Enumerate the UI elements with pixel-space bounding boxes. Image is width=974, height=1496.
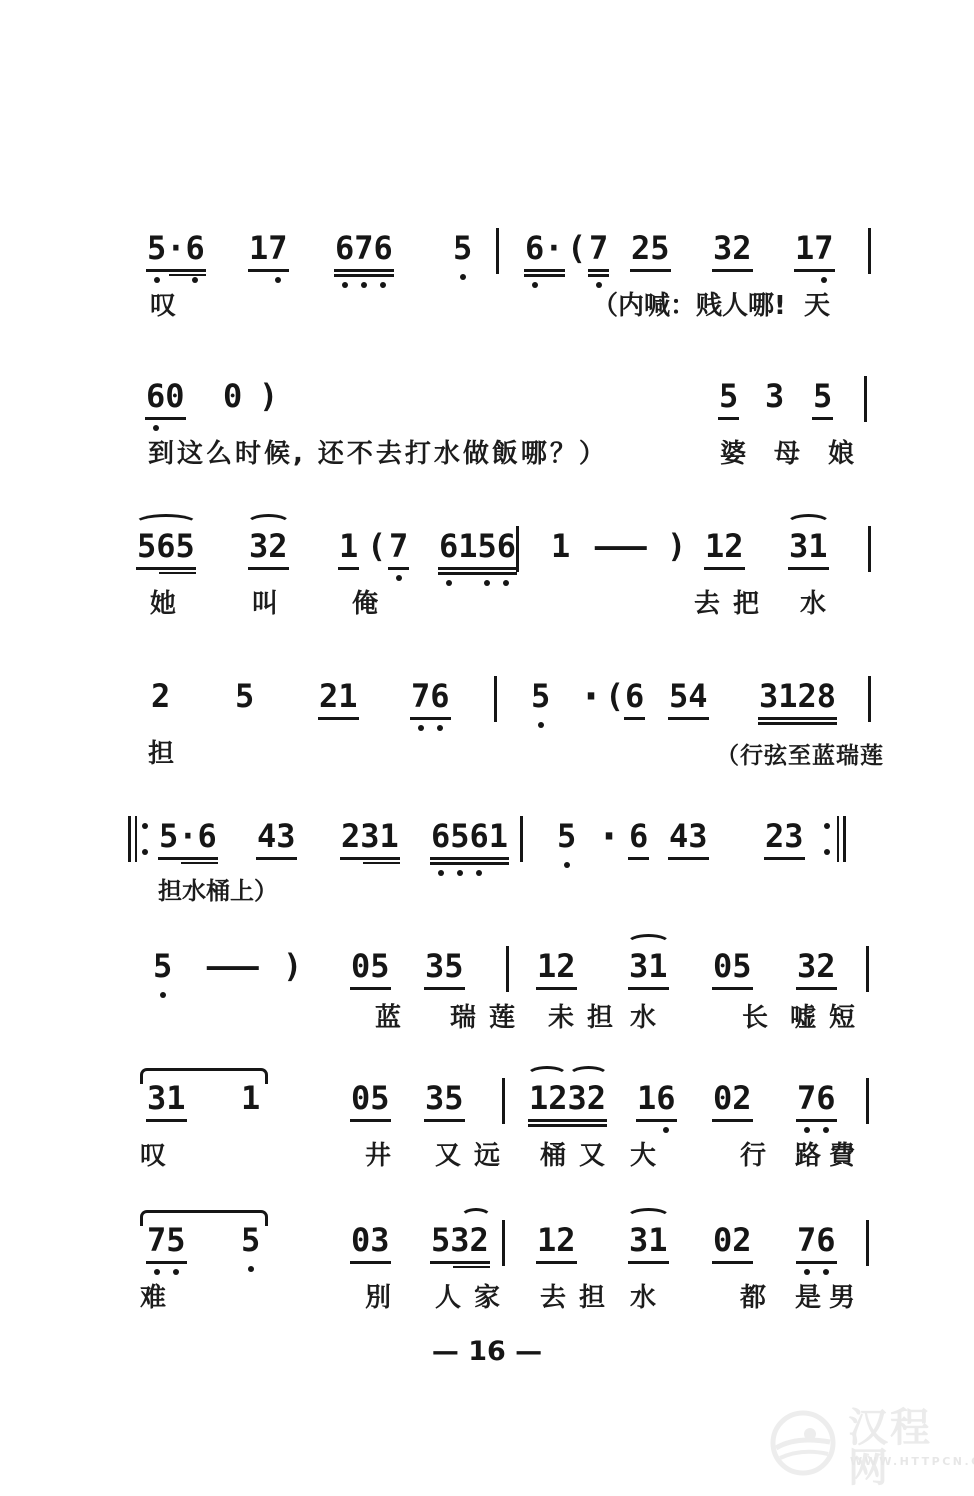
score-page: 5·6 17 676 5 6· ( 7 25 32 <box>0 0 974 1496</box>
octave-dots <box>410 723 451 733</box>
note-text: 21 <box>318 680 359 720</box>
note-text: 1 <box>240 1082 261 1119</box>
note-group: 32 <box>712 232 753 272</box>
note-group: 6561 <box>430 820 509 878</box>
note-text: · <box>596 820 622 857</box>
note-text: 12 <box>704 530 745 570</box>
watermark-logo-icon <box>766 1406 840 1480</box>
note-group: 76 <box>796 1082 837 1135</box>
note-group: 31 <box>146 1082 187 1122</box>
note-text: 1232 <box>528 1082 607 1127</box>
stage-direction: （行弦至蓝瑞莲 <box>716 742 884 771</box>
note-text: 60 <box>145 380 186 420</box>
note-group: 54 <box>668 680 709 720</box>
note-text: 0 <box>222 380 243 417</box>
note-group: 5 <box>556 820 577 870</box>
note-group: 7 <box>588 232 609 290</box>
octave-dots <box>452 272 473 282</box>
lyric: 难 <box>140 1282 166 1315</box>
note-text: 532 <box>430 1224 490 1264</box>
note-group: 3128 <box>758 680 837 725</box>
lyric: 水 <box>630 1282 656 1315</box>
lyric: 俺 <box>352 588 378 621</box>
note-text: 1 <box>338 530 359 570</box>
lyric: 都 <box>740 1282 766 1315</box>
note-text: ( <box>566 232 587 269</box>
lyric: 娘 <box>828 438 854 471</box>
note-text: 02 <box>712 1082 753 1122</box>
lyric: 叹 <box>140 1140 166 1173</box>
note-group: 31 <box>788 530 829 570</box>
note-text: 05 <box>712 950 753 990</box>
lyric: 去担 <box>540 1282 618 1315</box>
note-text: 31 <box>146 1082 187 1122</box>
lyric: 別 <box>365 1282 391 1315</box>
note-text: ) <box>258 380 279 417</box>
music-line-8: 75 5 03 532 12 31 02 76 难 別 <box>0 1224 974 1344</box>
note-group: 17 <box>794 232 835 285</box>
note-group: 16 <box>636 1082 677 1135</box>
note-group: 17 <box>248 232 289 285</box>
note-group: 76 <box>796 1224 837 1277</box>
note-text: 76 <box>410 680 451 720</box>
note-text: 32 <box>796 950 837 990</box>
note-text: ) <box>282 950 303 987</box>
octave-dots <box>146 275 206 285</box>
note-text: 31 <box>628 1224 669 1264</box>
note-text: 31 <box>788 530 829 570</box>
lyric: 嘘短 <box>790 1002 868 1035</box>
lyric: 大 <box>630 1140 656 1173</box>
note-group: 1 <box>240 1082 261 1119</box>
note-text: 16 <box>636 1082 677 1122</box>
octave-dots <box>530 720 551 730</box>
note-text: 35 <box>424 1082 465 1122</box>
extension-dash: — <box>592 530 613 567</box>
note-text: 1 <box>550 530 571 567</box>
note-group: 231 <box>340 820 400 860</box>
tie <box>626 1208 671 1228</box>
watermark-brand: 汉程网 <box>848 1408 966 1488</box>
paren: ( <box>366 530 387 567</box>
note-group: 2 <box>150 680 171 717</box>
note-text: 6· <box>524 232 565 277</box>
note-group: 12 <box>704 530 745 570</box>
note-group: 5 <box>452 232 473 282</box>
barline <box>868 228 871 274</box>
note-group: 5 <box>718 380 739 420</box>
note-text: — <box>204 950 261 987</box>
note-group: 1232 <box>528 1082 607 1127</box>
note-group: 5 <box>812 380 833 420</box>
lyric: 水 <box>800 588 826 621</box>
note-group: 03 <box>350 1224 391 1264</box>
note-text: 54 <box>668 680 709 720</box>
barline <box>866 946 869 992</box>
lyric: 水 <box>630 1002 656 1035</box>
lyric: 母 <box>774 438 800 471</box>
note-text: 05 <box>350 950 391 990</box>
note-text: 76 <box>796 1082 837 1122</box>
lyric: 长 <box>742 1002 768 1035</box>
note-group: 6 <box>628 820 649 860</box>
note-text: 3128 <box>758 680 837 725</box>
note-text: 5 <box>152 950 173 987</box>
note-group: 12 <box>536 1224 577 1264</box>
note-group: 5·6 <box>158 820 218 860</box>
note-text: 32 <box>248 530 289 570</box>
note-group: 31 <box>628 950 669 990</box>
page-number: — 16 — <box>0 1336 974 1367</box>
lyric: 婆 <box>720 438 746 471</box>
lyric: 叫 <box>252 588 278 621</box>
lyric: 她 <box>150 588 176 621</box>
octave-dots <box>388 573 409 583</box>
tie <box>786 514 831 534</box>
lyric: 担 <box>148 738 174 771</box>
note-text: ( <box>604 680 625 717</box>
spoken-line: 到这么时候, 还不去打水做飯哪？） <box>148 438 608 471</box>
note-text: ( <box>366 530 387 567</box>
repeat-begin <box>128 816 150 862</box>
note-group: 76 <box>410 680 451 733</box>
note-group: 35 <box>424 950 465 990</box>
note-group: 32 <box>796 950 837 990</box>
note-group: 02 <box>712 1224 753 1264</box>
watermark-url: WWW.HTTPCN.COM <box>850 1456 974 1467</box>
note-text: 43 <box>668 820 709 860</box>
octave-dots <box>145 423 186 433</box>
note-text: 5 <box>812 380 833 420</box>
repeat-end <box>824 816 846 862</box>
note-group: 35 <box>424 1082 465 1122</box>
barline <box>502 1220 505 1266</box>
octave-dots <box>334 280 394 290</box>
note-group: 21 <box>318 680 359 720</box>
augmentation-dot: · <box>596 820 622 857</box>
note-group: 1 <box>338 530 359 570</box>
barline <box>864 376 867 422</box>
note-group: 25 <box>630 232 671 272</box>
note-text: 3 <box>764 380 785 417</box>
music-line-2: 60 0 ) 5 3 5 到这么时候, 还不去打水做飯哪？） 婆 母 娘 <box>0 380 974 500</box>
music-line-1: 5·6 17 676 5 6· ( 7 25 32 <box>0 232 974 352</box>
note-text: — <box>592 530 649 567</box>
lyric: 去把 <box>694 588 772 621</box>
music-line-7: 31 1 05 35 1232 16 02 76 叹 井 又远 <box>0 1082 974 1202</box>
paren: ) <box>282 950 303 987</box>
note-group: 32 <box>248 530 289 570</box>
note-text: 5 <box>530 680 551 717</box>
note-text: 5 <box>452 232 473 269</box>
note-group: 6156 <box>438 530 517 588</box>
note-group: 05 <box>350 1082 391 1122</box>
note-text: 31 <box>628 950 669 990</box>
music-line-5: 5·6 43 231 6561 5 · 6 43 23 <box>0 820 974 940</box>
tie <box>526 1066 568 1086</box>
note-group: 565 <box>136 530 196 570</box>
note-group: 5 <box>152 950 173 1000</box>
note-group: 43 <box>256 820 297 860</box>
note-group: 05 <box>350 950 391 990</box>
note-text: 7 <box>588 232 609 277</box>
note-text: 6561 <box>430 820 509 865</box>
music-line-6: 5 — ) 05 35 12 31 05 32 蓝 瑞莲 未担 <box>0 950 974 1070</box>
octave-dots <box>588 280 609 290</box>
note-group: 0 <box>222 380 243 417</box>
note-group: 12 <box>536 950 577 990</box>
note-text: 25 <box>630 232 671 272</box>
note-text: 17 <box>794 232 835 272</box>
paren: ) <box>258 380 279 417</box>
music-line-3: 565 32 1 ( 7 6156 1 — ) 12 <box>0 530 974 650</box>
lyric: 又远 <box>435 1140 513 1173</box>
octave-dots <box>248 275 289 285</box>
barline <box>496 228 499 274</box>
barline <box>502 1078 505 1124</box>
octave-dots <box>636 1125 677 1135</box>
note-group: 02 <box>712 1082 753 1122</box>
note-text: 03 <box>350 1224 391 1264</box>
note-text: 5 <box>234 680 255 717</box>
paren: ( <box>566 232 587 269</box>
octave-dots <box>152 990 173 1000</box>
note-text: 676 <box>334 232 394 277</box>
note-text: 76 <box>796 1224 837 1264</box>
note-text: 23 <box>764 820 805 860</box>
lyric: 未担 <box>548 1002 626 1035</box>
note-text: 2 <box>150 680 171 717</box>
music-line-4: 2 5 21 76 5 · ( 6 54 3128 <box>0 680 974 800</box>
octave-dots <box>438 578 517 588</box>
note-group: 43 <box>668 820 709 860</box>
barline <box>868 676 871 722</box>
lyric: 是男 <box>795 1282 863 1315</box>
lyric: 蓝 <box>375 1002 401 1035</box>
note-text: 5 <box>240 1224 261 1261</box>
stage-direction: （内喊：贱人哪! 天 <box>592 290 830 323</box>
lyric: 路費 <box>795 1140 863 1173</box>
extension-dash: — <box>204 950 225 987</box>
octave-dots <box>796 1267 837 1277</box>
note-text: 7 <box>388 530 409 570</box>
octave-dots <box>524 280 565 290</box>
note-group: 23 <box>764 820 805 860</box>
note-text: 43 <box>256 820 297 860</box>
note-text: 5·6 <box>158 820 218 860</box>
lyric: 桶又 <box>540 1140 618 1173</box>
note-group: 5 <box>234 680 255 717</box>
note-text: 231 <box>340 820 400 860</box>
lyric: 行 <box>740 1140 766 1173</box>
note-text: 17 <box>248 232 289 272</box>
note-group: 3 <box>764 380 785 417</box>
tie <box>568 1066 610 1086</box>
note-group: 5 <box>530 680 551 730</box>
tie <box>246 514 291 534</box>
note-text: 6 <box>624 680 645 720</box>
note-group: 5·6 <box>146 232 206 285</box>
watermark: 汉程网 WWW.HTTPCN.COM <box>766 1400 966 1486</box>
octave-dots <box>556 860 577 870</box>
lyric: 瑞莲 <box>450 1002 528 1035</box>
note-text: 565 <box>136 530 196 570</box>
tie <box>626 934 671 954</box>
paren: ) <box>666 530 687 567</box>
note-text: 75 <box>146 1224 187 1264</box>
note-group: 1 <box>550 530 571 567</box>
octave-dots <box>430 868 509 878</box>
note-text: 12 <box>536 1224 577 1264</box>
note-text: 6 <box>628 820 649 860</box>
note-text: 05 <box>350 1082 391 1122</box>
note-text: ) <box>666 530 687 567</box>
note-text: 35 <box>424 950 465 990</box>
note-text: 12 <box>536 950 577 990</box>
note-group: 676 <box>334 232 394 290</box>
note-group: 532 <box>430 1224 490 1264</box>
note-text: · <box>578 680 604 717</box>
lyric: 人家 <box>435 1282 513 1315</box>
note-text: 5·6 <box>146 232 206 272</box>
barline <box>494 676 497 722</box>
note-group: 6· <box>524 232 565 290</box>
barline <box>516 526 519 572</box>
octave-dots <box>794 275 835 285</box>
note-text: 02 <box>712 1224 753 1264</box>
barline <box>868 526 871 572</box>
barline <box>866 1078 869 1124</box>
augmentation-dot: · <box>578 680 604 717</box>
lyric: 叹 <box>150 290 176 323</box>
note-group: 05 <box>712 950 753 990</box>
note-group: 7 <box>388 530 409 583</box>
note-text: 5 <box>718 380 739 420</box>
note-group: 6 <box>624 680 645 720</box>
paren: ( <box>604 680 625 717</box>
barline <box>506 946 509 992</box>
note-text: 6156 <box>438 530 517 575</box>
note-text: 5 <box>556 820 577 857</box>
lyric: 井 <box>365 1140 391 1173</box>
barline <box>520 816 523 862</box>
note-text: 32 <box>712 232 753 272</box>
octave-dots <box>240 1264 261 1274</box>
octave-dots <box>146 1267 187 1277</box>
note-group: 60 <box>145 380 186 433</box>
octave-dots <box>796 1125 837 1135</box>
note-group: 5 <box>240 1224 261 1274</box>
barline <box>866 1220 869 1266</box>
note-group: 75 <box>146 1224 187 1277</box>
stage-direction: 担水桶上） <box>158 876 278 906</box>
note-group: 31 <box>628 1224 669 1264</box>
